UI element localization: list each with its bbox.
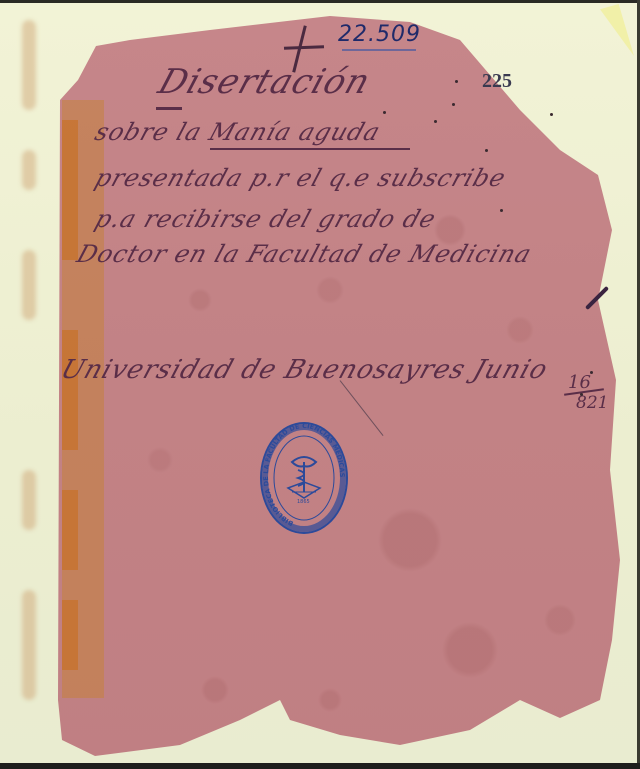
caduceus-book-icon: 1865 [284,452,324,504]
closing-line: Universidad de Buenosayres Junio [57,355,552,385]
date: 16 821 [568,372,608,413]
body-line-4: Doctor en la Facultad de Medicina [73,240,535,268]
topic-underline [210,148,410,150]
date-year: 821 [576,393,608,413]
body-line-2: presentada p.r el q.e subscribe [91,164,509,192]
svg-text:1865: 1865 [297,499,310,504]
handwritten-text: Disertación sobre la Manía aguda present… [0,0,640,769]
library-stamp: BIBLIOTECA DE LA FACULTAD DE CIENCIAS ME… [260,422,348,534]
title-flourish [156,107,182,110]
document-title: Disertación [154,62,376,102]
body-line-3: p.a recibirse del grado de [91,205,440,233]
body-line-1: sobre la Manía aguda [91,118,384,146]
